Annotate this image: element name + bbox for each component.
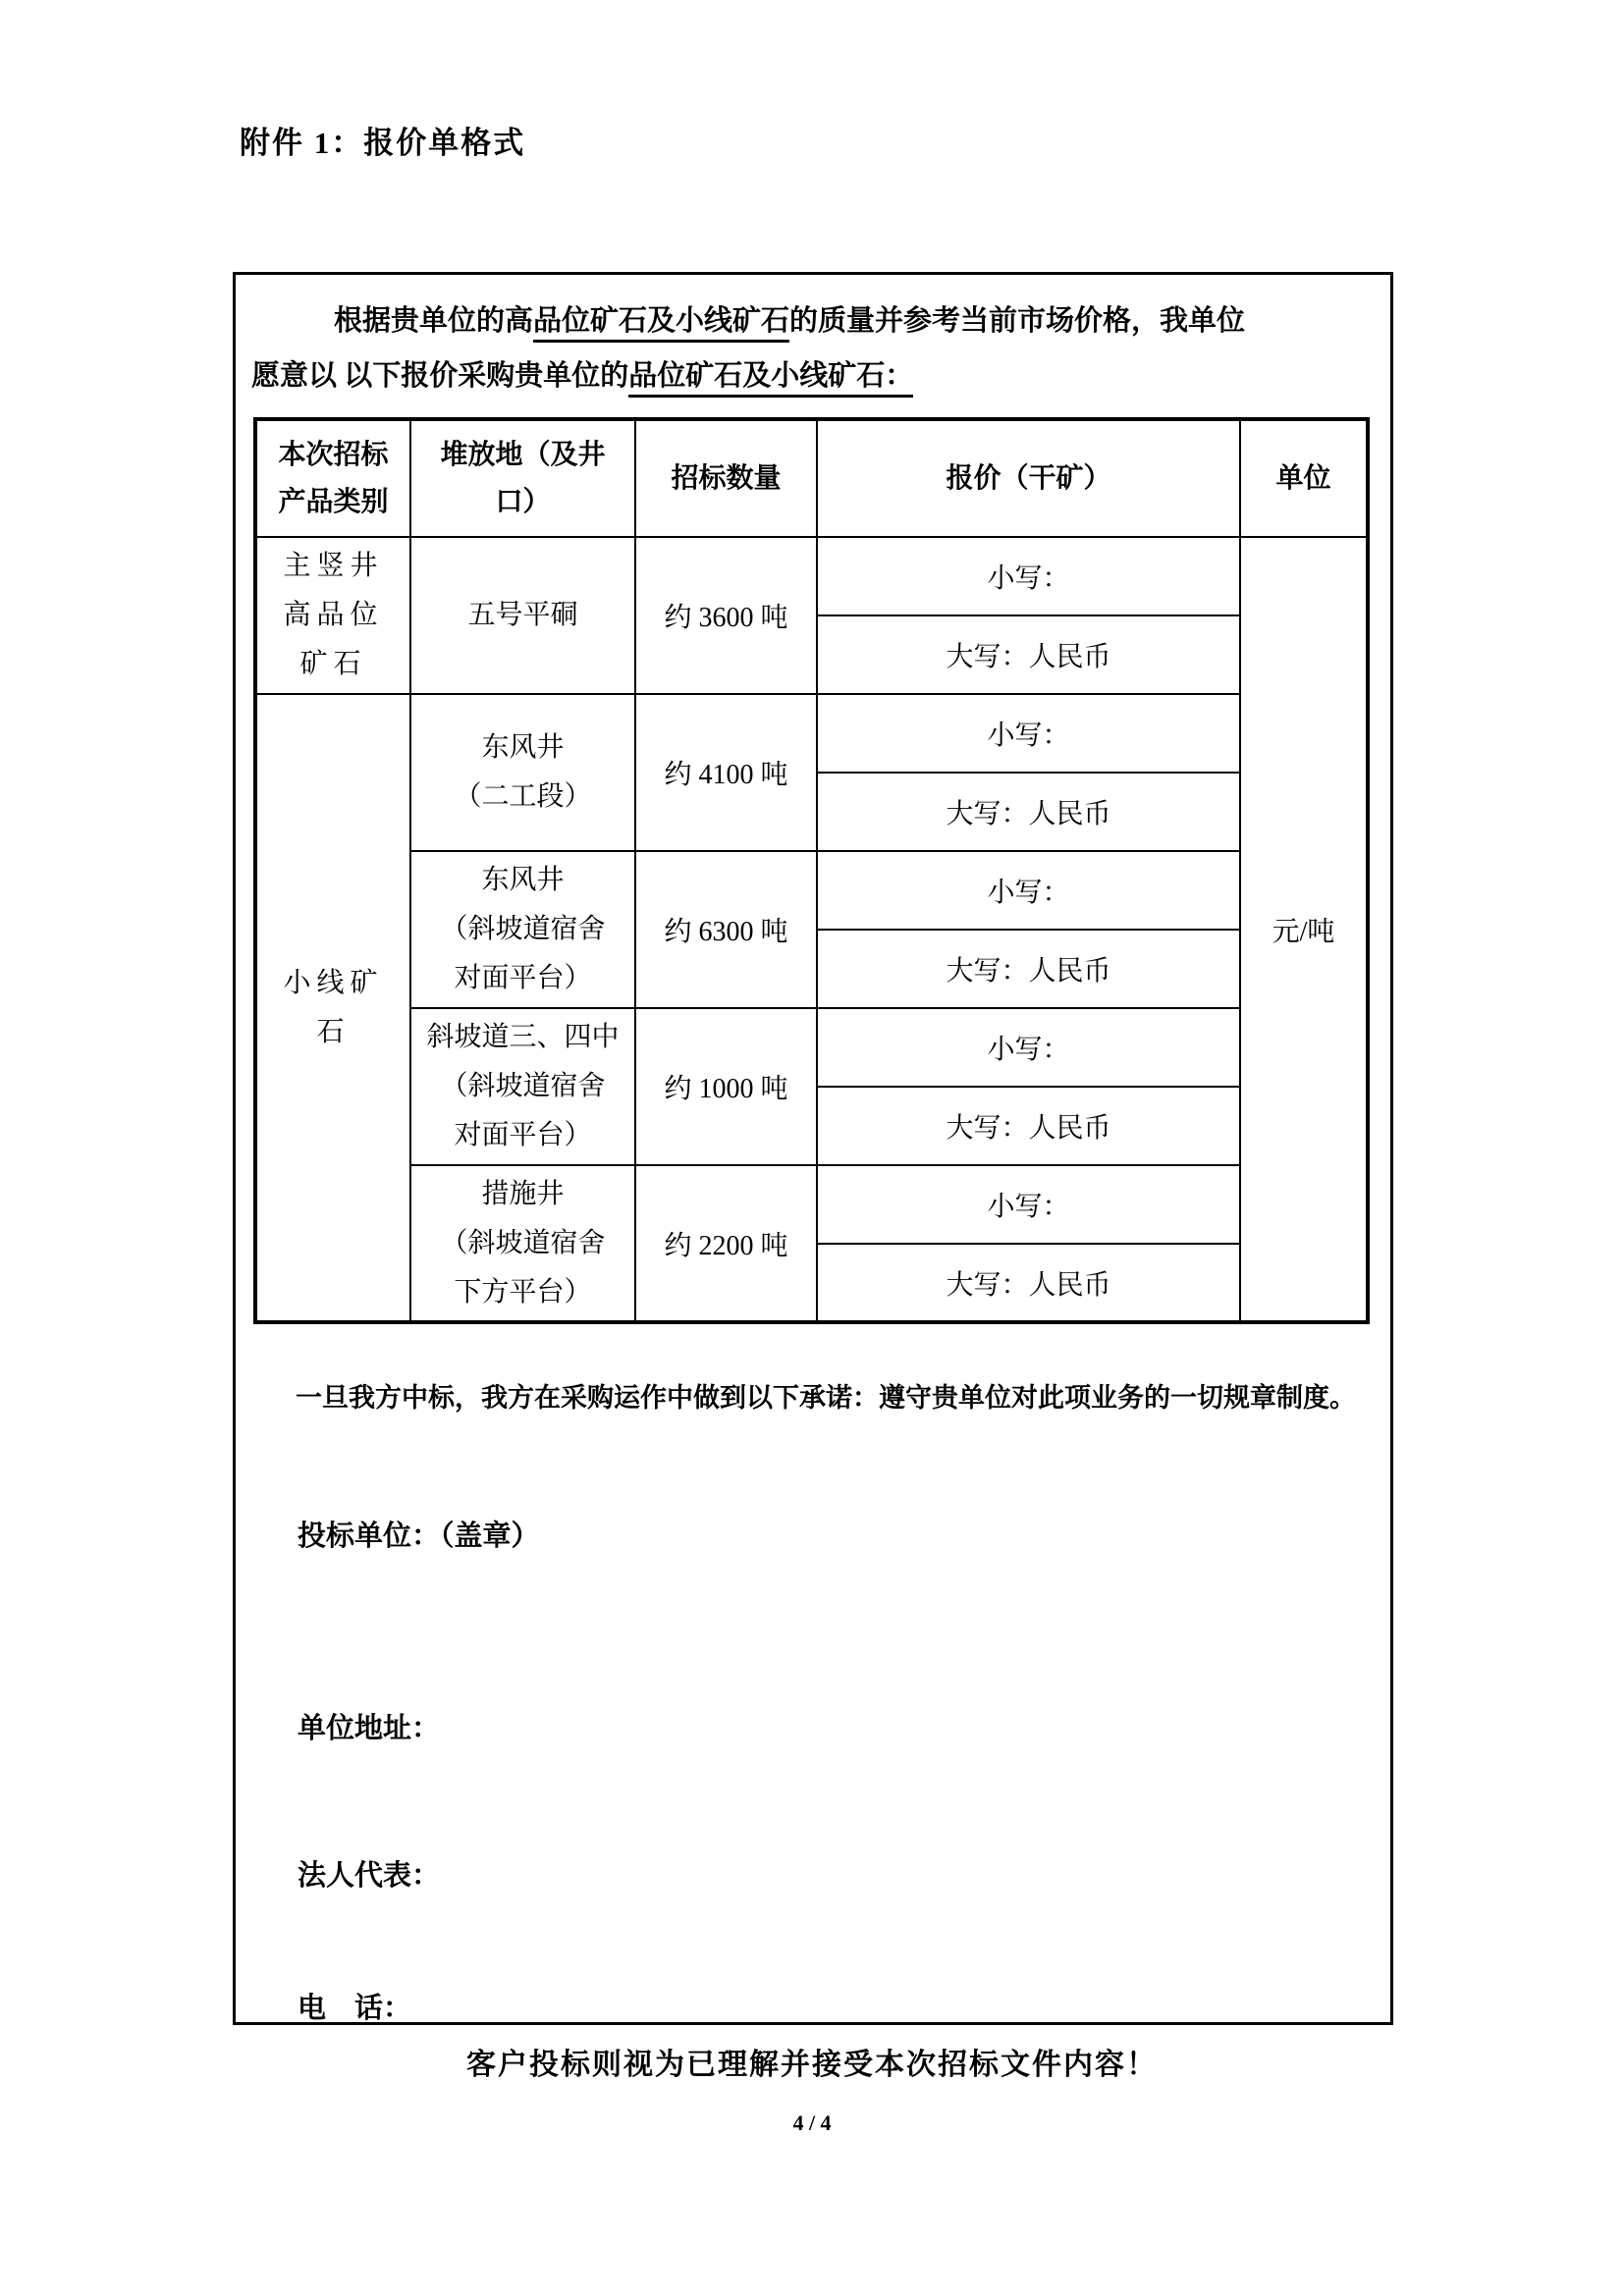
price-small-cell: 小写： [817,1008,1240,1087]
intro-line-1-underlined-term: 品位矿石及小线矿石 [533,305,789,343]
price-small-cell: 小写： [817,851,1240,930]
table-row: 东风井 （斜坡道宿舍 对面平台） 约 6300 吨 小写： [255,851,1368,930]
table-header-row: 本次招标 产品类别 堆放地（及井 口） 招标数量 报价（干矿） 单位 [255,419,1368,537]
table-row: 措施井 （斜坡道宿舍 下方平台） 约 2200 吨 小写： [255,1165,1368,1244]
quantity-cell: 约 3600 吨 [635,537,817,694]
commitment-text: 一旦我方中标，我方在采购运作中做到以下承诺：遵守贵单位对此项业务的一切规章制度。 [250,1376,1435,1415]
quantity-cell: 约 1000 吨 [635,1008,817,1165]
price-small-cell: 小写： [817,694,1240,773]
table-row: 主竖井 高品位 矿石 五号平硐 约 3600 吨 小写： 元/吨 [255,537,1368,615]
footer-note: 客户投标则视为已理解并接受本次招标文件内容！ [0,2040,1624,2083]
quantity-cell: 约 4100 吨 [635,694,817,851]
page-title: 附件 1：报价单格式 [240,118,525,162]
location-cell: 五号平硐 [410,537,635,694]
intro-line-2-underlined-term: 品位矿石及小线矿石： [628,360,913,398]
bidder-label: 投标单位：（盖章） [298,1514,540,1554]
col-header-tender-quantity: 招标数量 [635,419,817,537]
address-label: 单位地址： [298,1706,440,1746]
location-cell: 措施井 （斜坡道宿舍 下方平台） [410,1165,635,1322]
price-small-cell: 小写： [817,537,1240,615]
phone-label: 电 话： [298,1986,411,2026]
intro-line-2-pre: 愿意以 以下报价采购贵单位的 [251,360,628,392]
legal-rep-label: 法人代表： [298,1853,440,1894]
unit-cell: 元/吨 [1240,537,1368,1322]
price-big-cell: 大写：人民币 [817,1244,1240,1322]
page-number: 4 / 4 [0,2110,1624,2136]
table-row: 斜坡道三、四中 （斜坡道宿舍 对面平台） 约 1000 吨 小写： [255,1008,1368,1087]
category-cell-small-line: 小线矿 石 [255,694,410,1322]
price-big-cell: 大写：人民币 [817,930,1240,1008]
col-header-product-category: 本次招标 产品类别 [255,419,410,537]
intro-line-1-pre: 根据贵单位的高 [334,305,533,337]
col-header-quotation: 报价（干矿） [817,419,1240,537]
col-header-stockpile-location: 堆放地（及井 口） [410,419,635,537]
document-page: 附件 1：报价单格式 根据贵单位的高品位矿石及小线矿石的质量并参考当前市场价格，… [0,0,1624,2296]
category-cell-high-grade: 主竖井 高品位 矿石 [255,537,410,694]
col-header-unit: 单位 [1240,419,1368,537]
price-big-cell: 大写：人民币 [817,773,1240,851]
intro-line-2: 愿意以 以下报价采购贵单位的品位矿石及小线矿石： [251,355,1380,397]
price-small-cell: 小写： [817,1165,1240,1244]
quotation-table: 本次招标 产品类别 堆放地（及井 口） 招标数量 报价（干矿） 单位 主竖井 高… [253,417,1370,1324]
intro-line-1-post: 的质量并参考当前市场价格，我单位 [789,305,1245,337]
quantity-cell: 约 2200 吨 [635,1165,817,1322]
price-big-cell: 大写：人民币 [817,1087,1240,1165]
intro-line-1: 根据贵单位的高品位矿石及小线矿石的质量并参考当前市场价格，我单位 [251,300,1463,342]
location-cell: 东风井 （斜坡道宿舍 对面平台） [410,851,635,1008]
location-cell: 东风井 （二工段） [410,694,635,851]
table-row: 小线矿 石 东风井 （二工段） 约 4100 吨 小写： [255,694,1368,773]
price-big-cell: 大写：人民币 [817,615,1240,694]
location-cell: 斜坡道三、四中 （斜坡道宿舍 对面平台） [410,1008,635,1165]
quantity-cell: 约 6300 吨 [635,851,817,1008]
